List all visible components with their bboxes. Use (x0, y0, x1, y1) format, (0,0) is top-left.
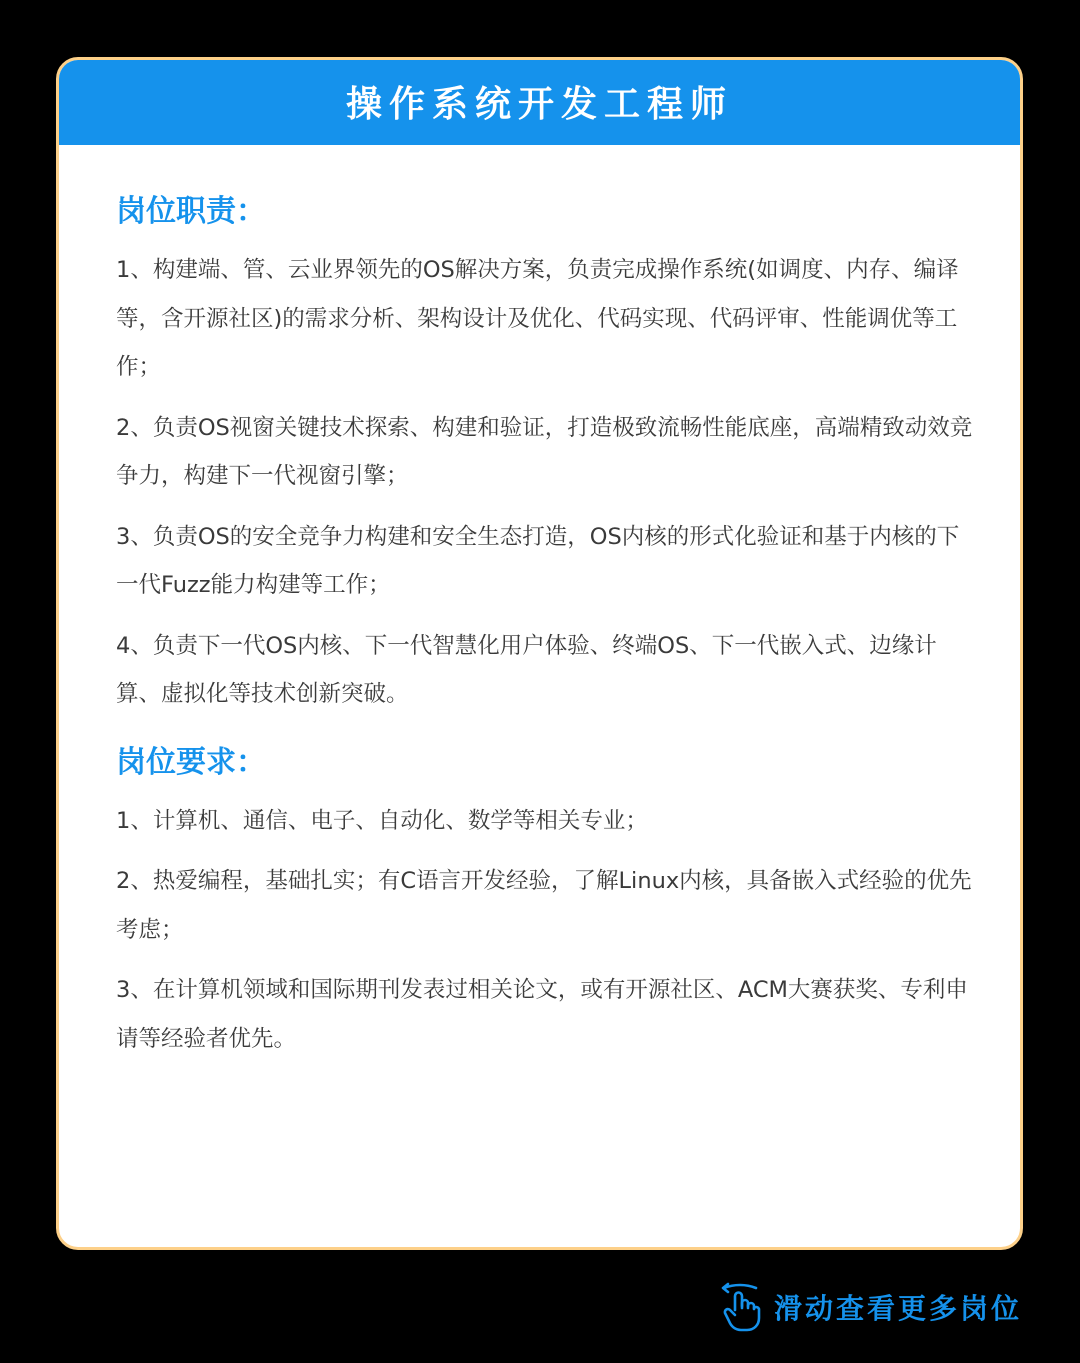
job-title: 操作系统开发工程师 (346, 76, 733, 127)
responsibility-item: 1、构建端、管、云业界领先的OS解决方案，负责完成操作系统(如调度、内存、编译等… (116, 246, 976, 392)
requirement-item: 3、在计算机领域和国际期刊发表过相关论文，或有开源社区、ACM大赛获奖、专利申请… (116, 966, 976, 1063)
responsibilities-heading: 岗位职责： (116, 190, 976, 234)
swipe-more-hint[interactable]: 滑动查看更多岗位 (718, 1282, 1022, 1332)
swipe-hand-icon (718, 1282, 764, 1332)
responsibility-item: 3、负责OS的安全竞争力构建和安全生态打造，OS内核的形式化验证和基于内核的下一… (116, 513, 976, 610)
responsibility-item: 4、负责下一代OS内核、下一代智慧化用户体验、终端OS、下一代嵌入式、边缘计算、… (116, 622, 976, 719)
card-header: 操作系统开发工程师 (56, 57, 1023, 145)
responsibilities-section: 岗位职责： 1、构建端、管、云业界领先的OS解决方案，负责完成操作系统(如调度、… (116, 190, 976, 719)
requirement-item: 1、计算机、通信、电子、自动化、数学等相关专业； (116, 797, 976, 846)
requirement-item: 2、热爱编程，基础扎实；有C语言开发经验，了解Linux内核，具备嵌入式经验的优… (116, 857, 976, 954)
job-card: 操作系统开发工程师 岗位职责： 1、构建端、管、云业界领先的OS解决方案，负责完… (56, 57, 1023, 1250)
card-content: 岗位职责： 1、构建端、管、云业界领先的OS解决方案，负责完成操作系统(如调度、… (116, 190, 976, 1075)
requirements-section: 岗位要求： 1、计算机、通信、电子、自动化、数学等相关专业； 2、热爱编程，基础… (116, 741, 976, 1064)
requirements-heading: 岗位要求： (116, 741, 976, 785)
responsibility-item: 2、负责OS视窗关键技术探索、构建和验证，打造极致流畅性能底座，高端精致动效竞争… (116, 404, 976, 501)
swipe-more-label: 滑动查看更多岗位 (774, 1287, 1022, 1327)
